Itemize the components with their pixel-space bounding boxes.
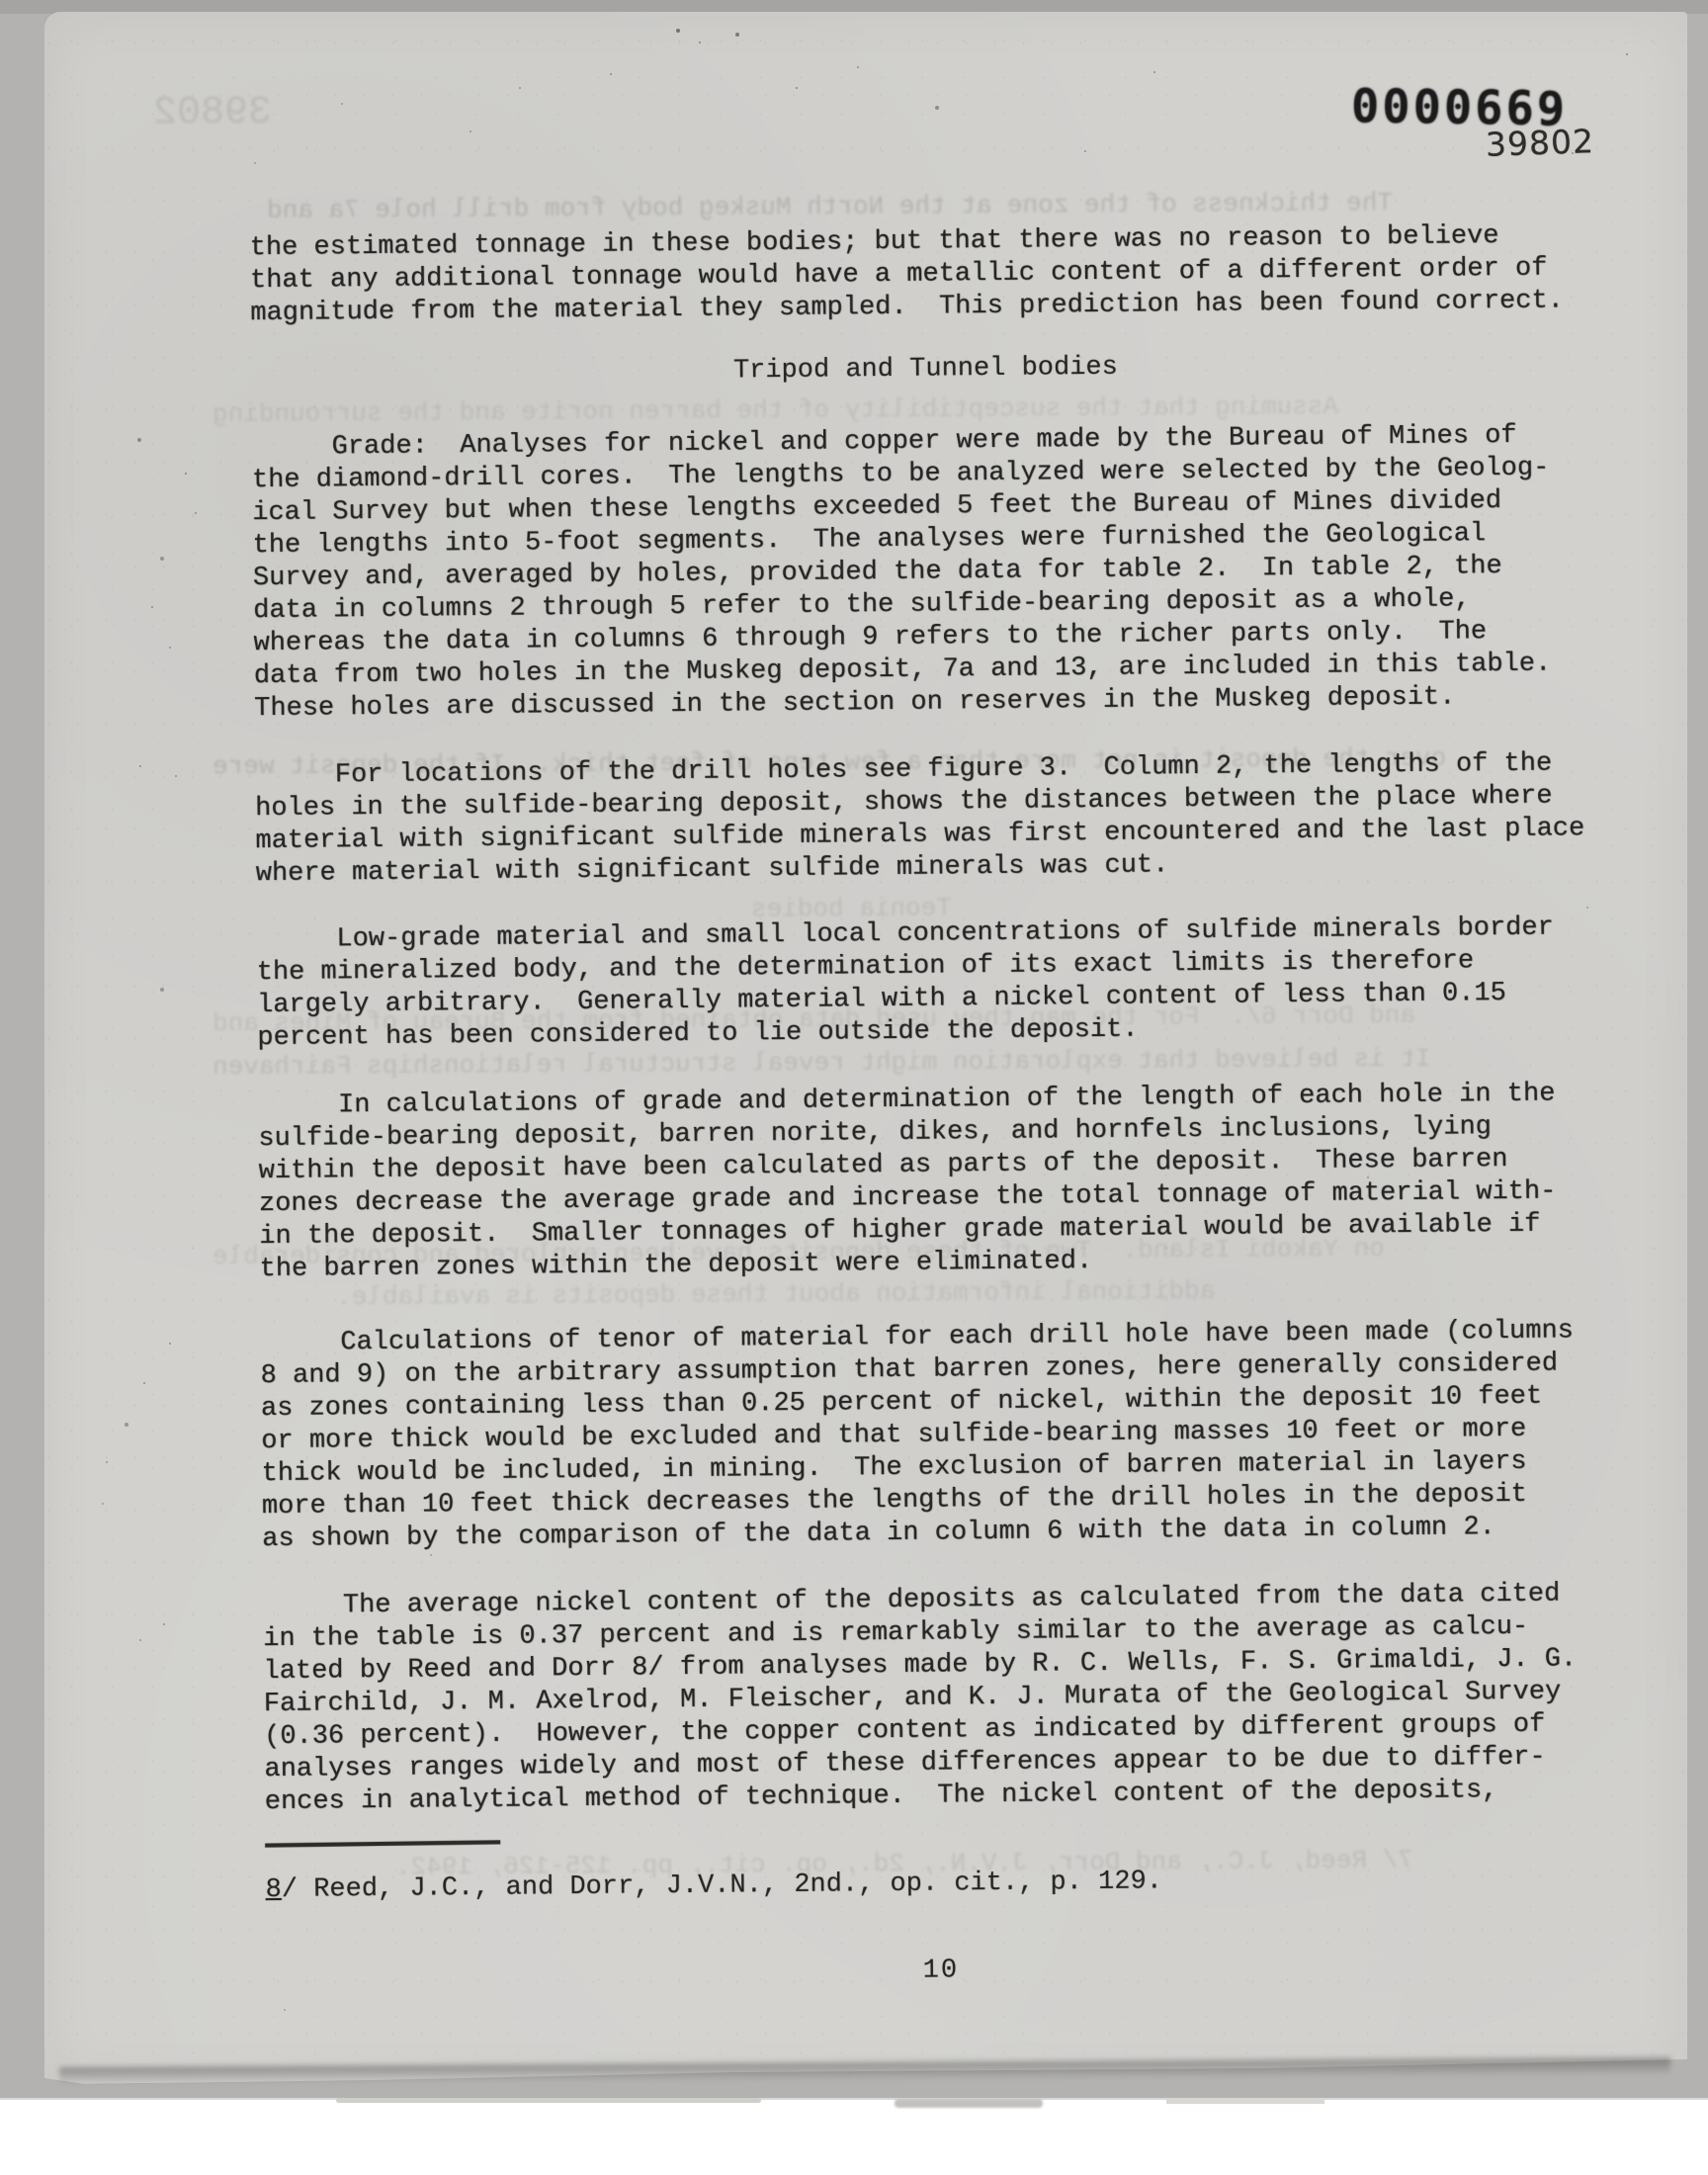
- paper-specks: [44, 12, 46, 14]
- section-heading: Tripod and Tunnel bodies: [251, 348, 1600, 391]
- paragraph: For locations of the drill holes see fig…: [255, 747, 1585, 891]
- paragraph: Calculations of tenor of material for ea…: [260, 1315, 1576, 1556]
- paragraph: Low-grade material and small local conce…: [256, 913, 1555, 1056]
- paragraph: In calculations of grade and determinati…: [258, 1079, 1557, 1287]
- paragraph: The average nickel content of the deposi…: [263, 1578, 1579, 1819]
- footnote-marker: 8: [265, 1875, 281, 1905]
- typed-content: Tripod and Tunnel bodies the estimated t…: [247, 0, 1616, 2089]
- scanner-smudge: [336, 2098, 761, 2103]
- document-body: the estimated tonnage in these bodies; b…: [247, 0, 1596, 13]
- footnote-separator: [265, 1840, 500, 1847]
- page-number: 10: [266, 1950, 1615, 1992]
- scanner-smudge: [895, 2099, 1043, 2108]
- paragraph: Grade: Analyses for nickel and copper we…: [251, 420, 1551, 727]
- document-page: 0000669 39802 39802The thickness of the …: [44, 12, 1687, 2084]
- scanner-bed: [0, 2098, 1708, 2175]
- footnote: 8/ Reed, J.C., and Dorr, J.V.N., 2nd., o…: [265, 1867, 1162, 1905]
- paragraph: the estimated tonnage in these bodies; b…: [250, 219, 1565, 330]
- scan-background: 0000669 39802 39802The thickness of the …: [0, 0, 1708, 2175]
- scanner-smudge: [1166, 2100, 1324, 2104]
- footnote-slash: /: [282, 1875, 298, 1905]
- footnote-text: Reed, J.C., and Dorr, J.V.N., 2nd., op. …: [298, 1867, 1162, 1904]
